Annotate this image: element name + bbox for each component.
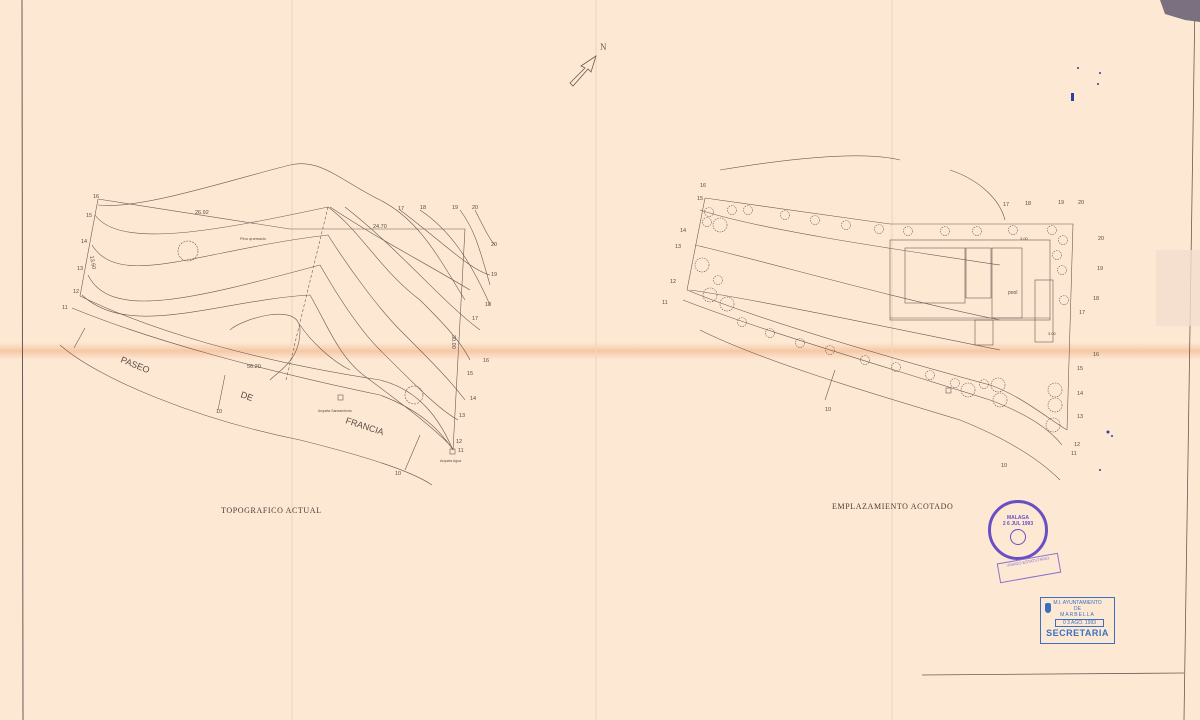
svg-text:18: 18 [1025, 201, 1031, 207]
svg-text:10: 10 [825, 407, 831, 413]
north-label: N [600, 42, 607, 52]
svg-text:18: 18 [485, 302, 491, 308]
drawing-sheet: N 16 15 [0, 0, 1200, 720]
svg-text:20: 20 [491, 242, 497, 248]
svg-text:16: 16 [93, 194, 99, 200]
svg-text:Arqueta Saneamiento: Arqueta Saneamiento [318, 409, 352, 413]
svg-text:30.00: 30.00 [450, 335, 456, 349]
ayuntamiento-stamp: M.I. AYUNTAMIENTO DE MARBELLA 0 3 AGO. 1… [1040, 597, 1115, 644]
svg-text:19: 19 [491, 272, 497, 278]
svg-text:13: 13 [1077, 414, 1083, 420]
svg-text:13.60: 13.60 [88, 255, 96, 270]
svg-text:14: 14 [680, 228, 686, 234]
svg-text:10: 10 [216, 409, 222, 415]
svg-text:19: 19 [1097, 266, 1103, 272]
svg-text:15: 15 [1077, 366, 1083, 372]
ink-specks [1071, 67, 1113, 471]
marbella-crest-icon [1045, 603, 1051, 613]
svg-text:16: 16 [700, 183, 706, 189]
plan-left-labels: 16 15 14 13 12 11 26.92 24.70 13.60 56.2… [62, 194, 497, 477]
plan-left-topographic [60, 164, 495, 485]
svg-text:20: 20 [1078, 200, 1084, 206]
svg-text:11: 11 [458, 448, 464, 454]
svg-text:17: 17 [398, 206, 404, 212]
svg-text:12: 12 [670, 279, 676, 285]
svg-text:Arqueta Agua: Arqueta Agua [440, 459, 461, 463]
svg-text:10: 10 [395, 471, 401, 477]
svg-text:16: 16 [1093, 352, 1099, 358]
torn-corner [1160, 0, 1200, 22]
svg-text:13: 13 [675, 244, 681, 250]
svg-text:19: 19 [452, 205, 458, 211]
college-stamp-date: 2 6 JUL 1993 [991, 521, 1045, 527]
svg-text:17: 17 [472, 316, 478, 322]
svg-text:18: 18 [1093, 296, 1099, 302]
svg-text:20: 20 [1098, 236, 1104, 242]
svg-text:12: 12 [456, 439, 462, 445]
svg-text:3.00: 3.00 [1020, 236, 1029, 241]
svg-text:FRANCIA: FRANCIA [344, 415, 385, 437]
svg-text:15: 15 [697, 196, 703, 202]
manhole-icon [338, 395, 343, 400]
plan-left-title: TOPOGRAFICO ACTUAL [221, 506, 322, 515]
svg-text:24.70: 24.70 [373, 224, 387, 230]
svg-text:17: 17 [1003, 202, 1009, 208]
svg-text:12: 12 [1074, 442, 1080, 448]
svg-text:11: 11 [662, 300, 668, 306]
svg-text:12: 12 [73, 289, 79, 295]
svg-text:18: 18 [420, 205, 426, 211]
tape-patch [1156, 250, 1200, 326]
tree-icon [178, 241, 198, 261]
svg-text:DE: DE [239, 389, 254, 403]
svg-text:13: 13 [459, 413, 465, 419]
svg-text:14: 14 [1077, 391, 1083, 397]
svg-text:13: 13 [77, 266, 83, 272]
svg-text:17: 17 [1079, 310, 1085, 316]
plan-right-title: EMPLAZAMIENTO ACOTADO [832, 502, 953, 511]
svg-text:56.20: 56.20 [247, 364, 261, 370]
svg-text:10: 10 [1001, 463, 1007, 469]
manhole-icon [946, 388, 951, 393]
svg-text:14: 14 [81, 239, 87, 245]
plan-right-site [683, 156, 1073, 480]
svg-text:16: 16 [483, 358, 489, 364]
svg-text:3.00: 3.00 [1048, 331, 1057, 336]
ayuntamiento-footer: SECRETARIA [1041, 628, 1114, 638]
north-arrow-icon: N [570, 42, 607, 86]
svg-text:pool: pool [1008, 290, 1017, 296]
svg-text:15: 15 [467, 371, 473, 377]
svg-text:Pino quemado: Pino quemado [240, 236, 267, 241]
college-seal-icon [1010, 529, 1026, 545]
svg-text:26.92: 26.92 [195, 210, 209, 216]
paper-folds [0, 0, 1200, 720]
ayuntamiento-line3: MARBELLA [1041, 612, 1114, 618]
college-stamp: MALAGA 2 6 JUL 1993 [988, 500, 1048, 560]
svg-text:14: 14 [470, 396, 476, 402]
svg-text:11: 11 [1071, 451, 1077, 457]
svg-text:11: 11 [62, 305, 68, 311]
tree-icon [405, 386, 423, 404]
svg-text:19: 19 [1058, 200, 1064, 206]
svg-text:15: 15 [86, 213, 92, 219]
ayuntamiento-date: 0 3 AGO. 1993 [1055, 619, 1104, 627]
svg-text:20: 20 [472, 205, 478, 211]
